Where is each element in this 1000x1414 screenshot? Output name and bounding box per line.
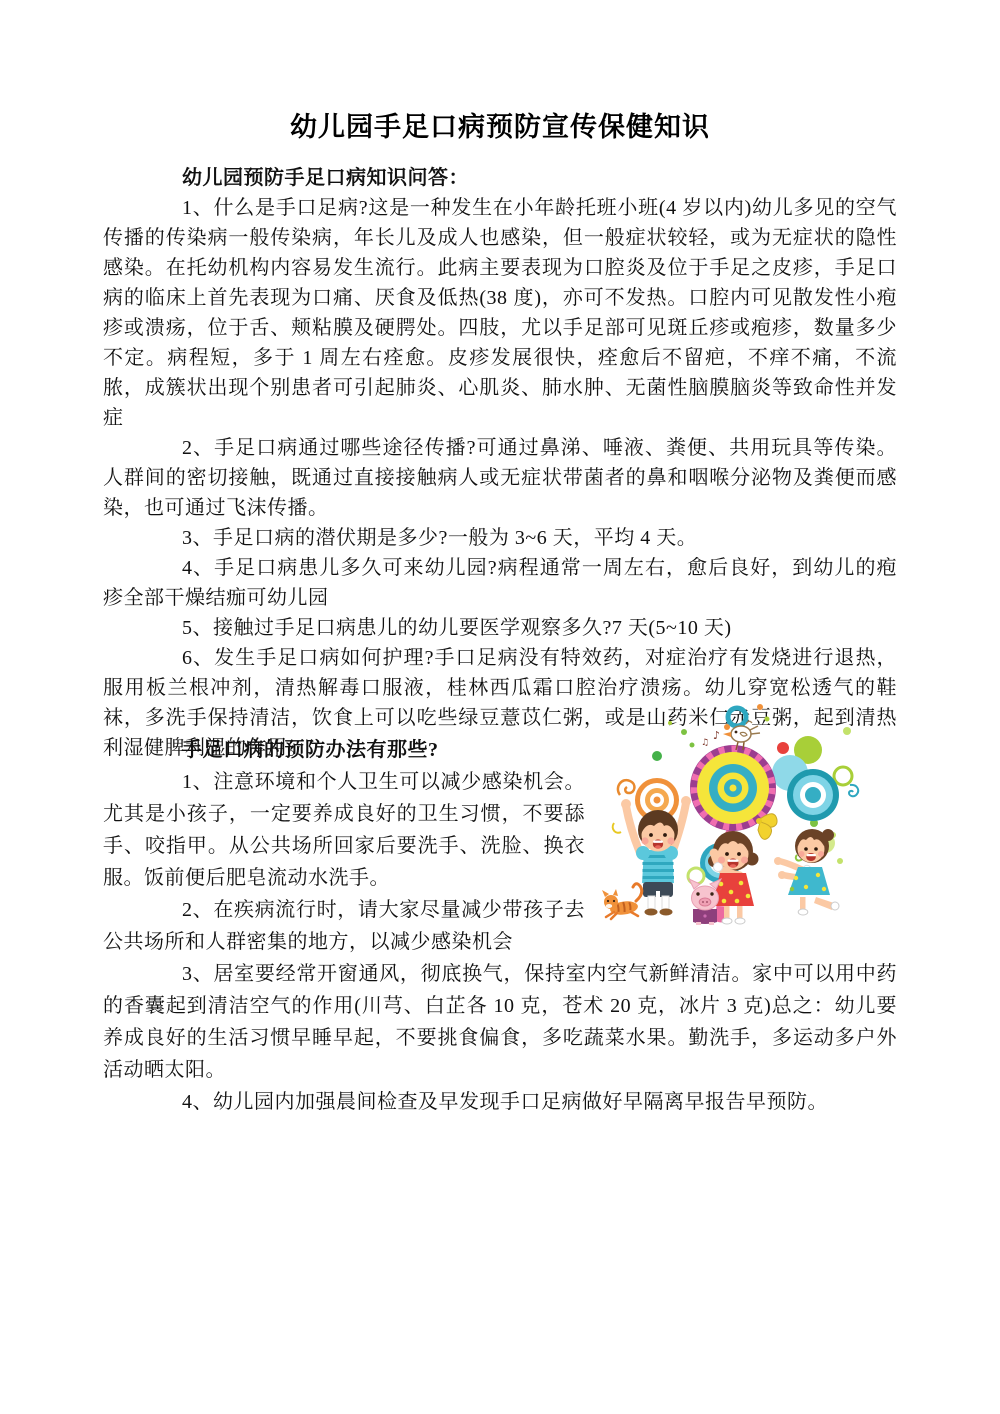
prevention-item-4: 4、幼儿园内加强晨间检查及早发现手口足病做好早隔离早报告早预防。 bbox=[103, 1086, 897, 1118]
qa-heading: 幼儿园预防手足口病知识问答： bbox=[103, 163, 897, 193]
prevention-item-2: 2、在疾病流行时，请大家尽量减少带孩子去公共场所和人群密集的地方，以减少感染机会 bbox=[103, 894, 585, 958]
svg-text:♪: ♪ bbox=[713, 729, 720, 742]
prevention-section: ♪ ♫ bbox=[103, 734, 897, 1118]
qa-item-1: 1、什么是手口足病?这是一种发生在小年龄托班小班(4 岁以内)幼儿多见的空气传播… bbox=[103, 193, 897, 433]
pig-figure bbox=[689, 879, 721, 925]
qa-item-4: 4、手足口病患儿多久可来幼儿园?病程通常一周左右，愈后良好，到幼儿的疱疹全部干燥… bbox=[103, 553, 897, 613]
prevention-item-1: 1、注意环境和个人卫生可以减少感染机会。尤其是小孩子，一定要养成良好的卫生习惯，… bbox=[103, 766, 585, 894]
document-title: 幼儿园手足口病预防宣传保健知识 bbox=[0, 110, 1000, 144]
children-lollipop-illustration: ♪ ♫ bbox=[600, 703, 870, 925]
qa-item-3: 3、手足口病的潜伏期是多少?一般为 3~6 天，平均 4 天。 bbox=[103, 523, 897, 553]
boy-figure bbox=[621, 796, 691, 916]
qa-item-5: 5、接触过手足口病患儿的幼儿要医学观察多久?7 天(5~10 天) bbox=[103, 613, 897, 643]
svg-text:♫: ♫ bbox=[701, 738, 709, 748]
document-page: 幼儿园手足口病预防宣传保健知识 幼儿园预防手足口病知识问答： 1、什么是手口足病… bbox=[0, 0, 1000, 1414]
qa-section: 幼儿园预防手足口病知识问答： 1、什么是手口足病?这是一种发生在小年龄托班小班(… bbox=[103, 163, 897, 763]
qa-item-2: 2、手足口病通过哪些途径传播?可通过鼻涕、唾液、粪便、共用玩具等传染。人群间的密… bbox=[103, 433, 897, 523]
prevention-item-3: 3、居室要经常开窗通风，彻底换气，保持室内空气新鲜清洁。家中可以用中药的香囊起到… bbox=[103, 958, 897, 1086]
cat-figure bbox=[602, 884, 642, 919]
music-notes-icon: ♪ ♫ bbox=[701, 729, 720, 748]
